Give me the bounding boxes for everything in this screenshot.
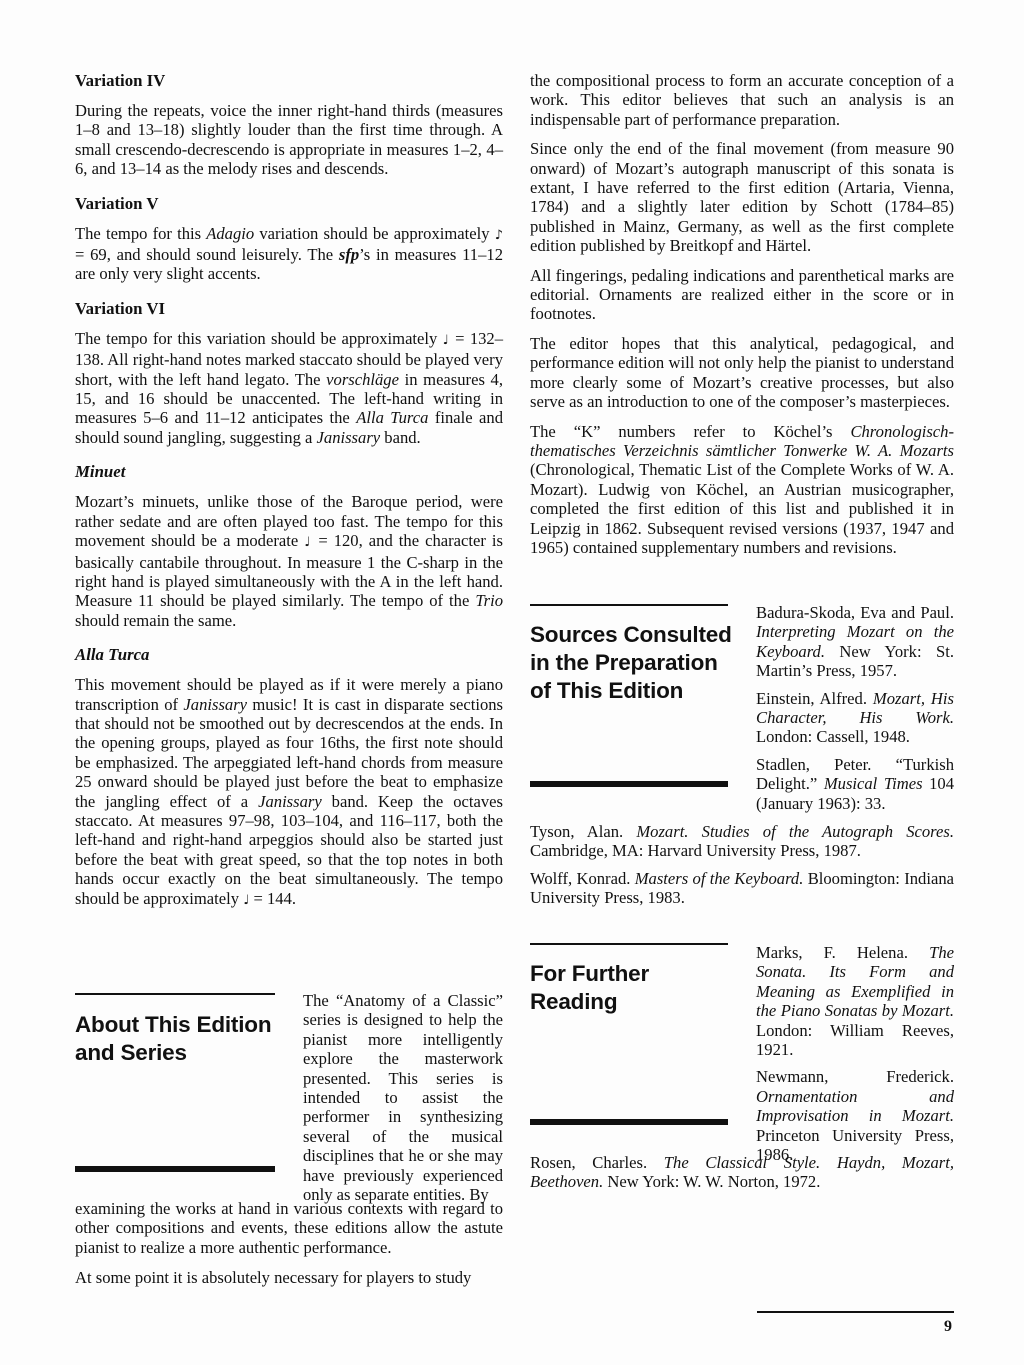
bibliography-entry: Wolff, Konrad. Masters of the Keyboard. … xyxy=(530,869,954,908)
paragraph: The tempo for this Adagio variation shou… xyxy=(75,224,503,284)
bibliography-entry: Rosen, Charles. The Classical Style. Hay… xyxy=(530,1153,954,1192)
right-column: the compositional process to form an acc… xyxy=(530,71,954,572)
heading-alla-turca: Alla Turca xyxy=(75,645,503,665)
heading-variation-vi: Variation VI xyxy=(75,299,503,319)
about-edition-side-text: The “Anatomy of a Classic” series is des… xyxy=(303,991,503,1212)
heading-variation-v: Variation V xyxy=(75,194,503,214)
eighth-note-icon: ♪ xyxy=(495,228,503,243)
page-number: 9 xyxy=(944,1318,952,1336)
paragraph: The “K” numbers refer to Köchel’s Chrono… xyxy=(530,422,954,558)
paragraph: Mozart’s minuets, unlike those of the Ba… xyxy=(75,492,503,630)
bibliography-entry: Stadlen, Peter. “Turkish Delight.” Music… xyxy=(756,755,954,813)
section-variation-iv: Variation IV During the repeats, voice t… xyxy=(75,71,503,179)
footer-rule xyxy=(757,1311,954,1313)
bibliography-entry: Badura-Skoda, Eva and Paul. Interpreting… xyxy=(756,603,954,681)
section-rule-bottom xyxy=(75,1166,275,1172)
paragraph: Since only the end of the final movement… xyxy=(530,139,954,255)
heading-about-edition: About This Edition and Series xyxy=(75,1011,285,1067)
left-column: Variation IV During the repeats, voice t… xyxy=(75,71,503,925)
bibliography-entry: Newmann, Frederick. Ornamentation and Im… xyxy=(756,1067,954,1164)
bibliography-entry: Marks, F. Helena. The Sonata. Its Form a… xyxy=(756,943,954,1059)
sources-wide-list: Tyson, Alan. Mozart. Studies of the Auto… xyxy=(530,822,954,916)
paragraph: the compositional process to form an acc… xyxy=(530,71,954,129)
paragraph: The editor hopes that this analytical, p… xyxy=(530,334,954,412)
section-rule-bottom xyxy=(530,1119,728,1125)
document-page: Variation IV During the repeats, voice t… xyxy=(0,0,1024,1365)
bibliography-entry: Einstein, Alfred. Mozart, His Character,… xyxy=(756,689,954,747)
section-alla-turca: Alla Turca This movement should be playe… xyxy=(75,645,503,910)
further-reading-wide-list: Rosen, Charles. The Classical Style. Hay… xyxy=(530,1153,954,1200)
paragraph: All fingerings, pedaling indications and… xyxy=(530,266,954,324)
heading-minuet: Minuet xyxy=(75,462,503,482)
paragraph: This movement should be played as if it … xyxy=(75,675,503,910)
further-reading-side-list: Marks, F. Helena. The Sonata. Its Form a… xyxy=(756,943,954,1172)
quarter-note-icon: ♩ xyxy=(443,333,450,348)
sources-side-list: Badura-Skoda, Eva and Paul. Interpreting… xyxy=(756,603,954,821)
heading-variation-iv: Variation IV xyxy=(75,71,503,91)
section-minuet: Minuet Mozart’s minuets, unlike those of… xyxy=(75,462,503,630)
bibliography-entry: Tyson, Alan. Mozart. Studies of the Auto… xyxy=(530,822,954,861)
heading-sources-consulted: Sources Consulted in the Preparation of … xyxy=(530,621,740,705)
section-rule-top xyxy=(530,604,728,606)
section-variation-vi: Variation VI The tempo for this variatio… xyxy=(75,299,503,447)
section-rule-top xyxy=(530,943,728,945)
about-edition-wide-text: examining the works at hand in various c… xyxy=(75,1199,503,1296)
section-rule-bottom xyxy=(530,781,728,787)
paragraph: During the repeats, voice the inner righ… xyxy=(75,101,503,179)
heading-further-reading: For Further Reading xyxy=(530,960,740,1016)
section-variation-v: Variation V The tempo for this Adagio va… xyxy=(75,194,503,284)
paragraph: The tempo for this variation should be a… xyxy=(75,329,503,447)
section-rule-top xyxy=(75,993,275,995)
